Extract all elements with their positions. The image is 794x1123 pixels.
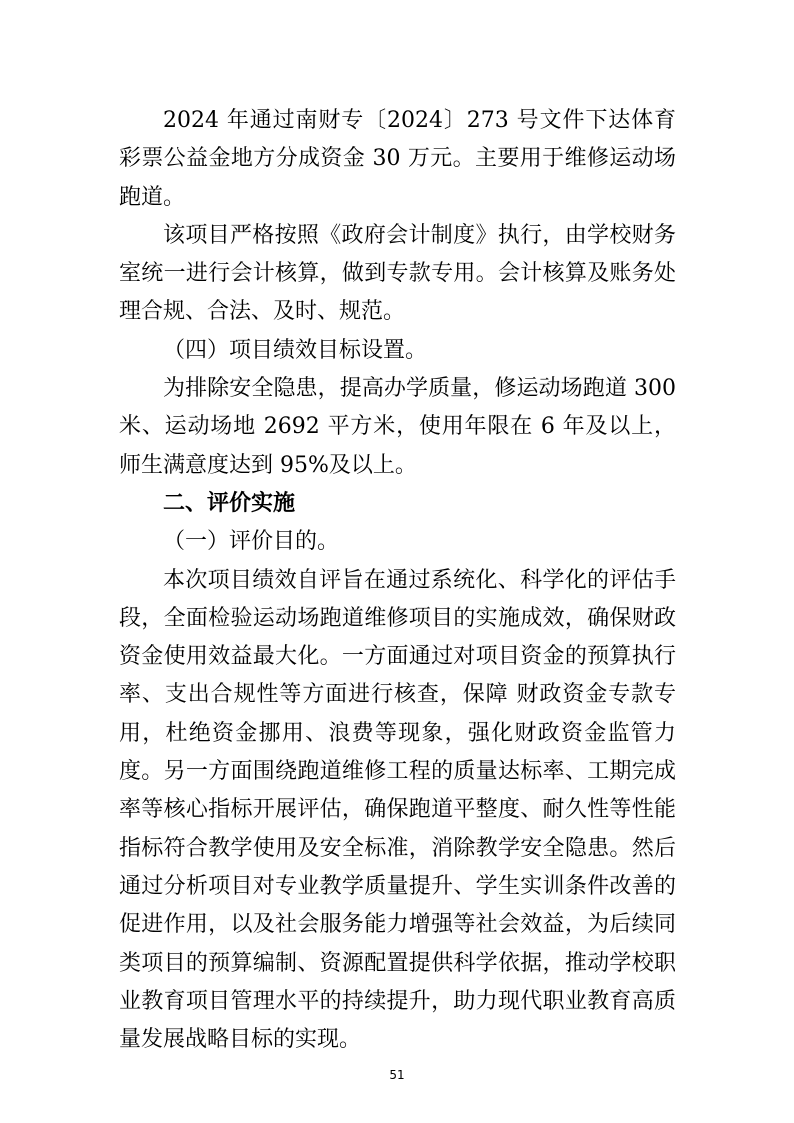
- page-footer: 51: [0, 1066, 794, 1084]
- paragraph-funding-source: 2024 年通过南财专〔2024〕273 号文件下达体育彩票公益金地方分成资金 …: [119, 102, 676, 217]
- paragraph-performance-targets: 为排除安全隐患，提高办学质量，修运动场跑道 300 米、运动场地 2692 平方…: [119, 370, 676, 485]
- paragraph-evaluation-purpose-body: 本次项目绩效自评旨在通过系统化、科学化的评估手段，全面检验运动场跑道维修项目的实…: [119, 562, 676, 1060]
- paragraph-subheading-evaluation-purpose: （一）评价目的。: [119, 523, 676, 561]
- document-page: 2024 年通过南财专〔2024〕273 号文件下达体育彩票公益金地方分成资金 …: [0, 0, 794, 1123]
- paragraph-accounting-compliance: 该项目严格按照《政府会计制度》执行，由学校财务室统一进行会计核算，做到专款专用。…: [119, 217, 676, 332]
- page-number: 51: [389, 1068, 404, 1082]
- paragraph-subheading-goal-setting: （四）项目绩效目标设置。: [119, 332, 676, 370]
- section-heading-evaluation-implementation: 二、评价实施: [119, 485, 676, 523]
- document-body: 2024 年通过南财专〔2024〕273 号文件下达体育彩票公益金地方分成资金 …: [119, 102, 676, 1059]
